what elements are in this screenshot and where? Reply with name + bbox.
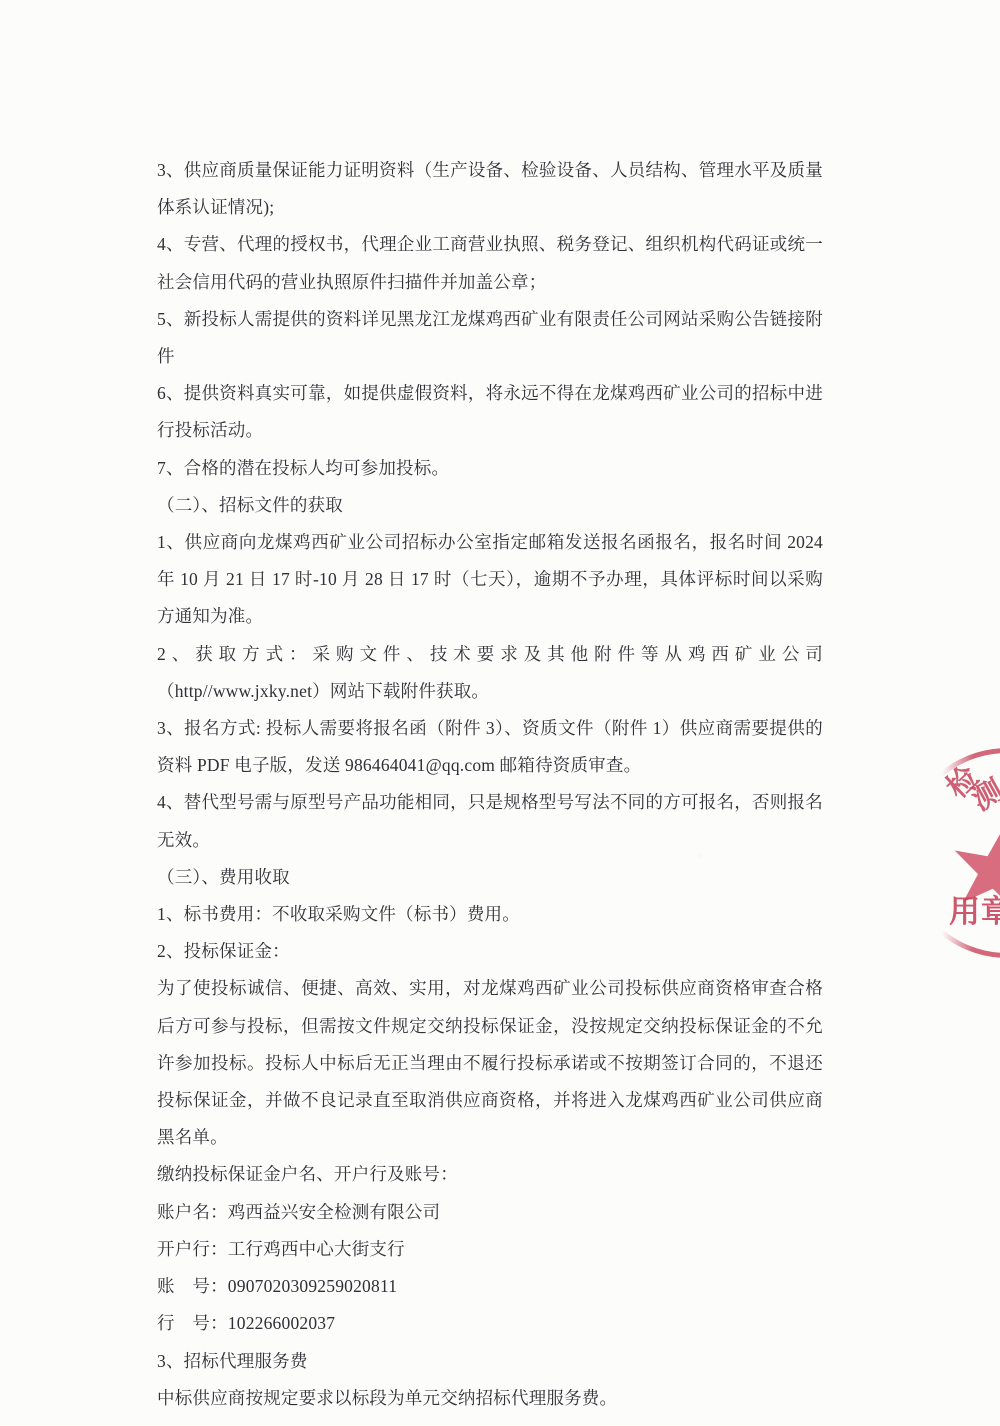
document-paragraph: 缴纳投标保证金户名、开户行及账号：	[157, 1156, 823, 1193]
document-paragraph: 4、专营、代理的授权书，代理企业工商营业执照、税务登记、组织机构代码证或统一社会…	[157, 226, 823, 300]
bank-branch-line: 开户行：工行鸡西中心大街支行	[157, 1231, 823, 1268]
document-body: 3、供应商质量保证能力证明资料（生产设备、检验设备、人员结构、管理水平及质量体系…	[157, 152, 823, 1417]
seal-bottom-text: 用章	[949, 894, 1000, 930]
document-paragraph: 4、替代型号需与原型号产品功能相同，只是规格型号写法不同的方可报名，否则报名无效…	[157, 784, 823, 858]
document-paragraph: 为了使投标诚信、便捷、高效、实用，对龙煤鸡西矿业公司投标供应商资格审查合格后方可…	[157, 970, 823, 1156]
document-paragraph: 1、标书费用：不收取采购文件（标书）费用。	[157, 896, 823, 933]
seal-ring-icon	[902, 748, 1000, 958]
document-paragraph: 3、招标代理服务费	[157, 1343, 823, 1380]
seal-arc-character: 检	[942, 762, 984, 804]
account-name-line: 账户名：鸡西益兴安全检测有限公司	[157, 1194, 823, 1231]
section-heading: （三）、费用收取	[157, 859, 823, 896]
account-number-line: 账 号：0907020309259020811	[157, 1268, 823, 1305]
document-paragraph: 1、供应商向龙煤鸡西矿业公司招标办公室指定邮箱发送报名函报名，报名时间 2024…	[157, 524, 823, 636]
document-paragraph: 3、供应商质量保证能力证明资料（生产设备、检验设备、人员结构、管理水平及质量体系…	[157, 152, 823, 226]
document-page: 3、供应商质量保证能力证明资料（生产设备、检验设备、人员结构、管理水平及质量体系…	[0, 0, 1000, 1426]
bank-number-line: 行 号：102266002037	[157, 1305, 823, 1342]
document-paragraph: 中标供应商按规定要求以标段为单元交纳招标代理服务费。	[157, 1380, 823, 1417]
seal-star-icon	[943, 820, 1000, 923]
document-paragraph: 2、获取方式：采购文件、技术要求及其他附件等从鸡西矿业公司（http//www.…	[157, 636, 823, 710]
seal-arc-character: 测	[968, 776, 1000, 817]
document-paragraph: 2、投标保证金：	[157, 933, 823, 970]
document-paragraph: 7、合格的潜在投标人均可参加投标。	[157, 450, 823, 487]
document-paragraph: 6、提供资料真实可靠，如提供虚假资料，将永远不得在龙煤鸡西矿业公司的招标中进行投…	[157, 375, 823, 449]
document-paragraph: 3、报名方式: 投标人需要将报名函（附件 3）、资质文件（附件 1）供应商需要提…	[157, 710, 823, 784]
section-heading: （二）、招标文件的获取	[157, 487, 823, 524]
document-paragraph: 5、新投标人需提供的资料详见黑龙江龙煤鸡西矿业有限责任公司网站采购公告链接附件	[157, 301, 823, 375]
